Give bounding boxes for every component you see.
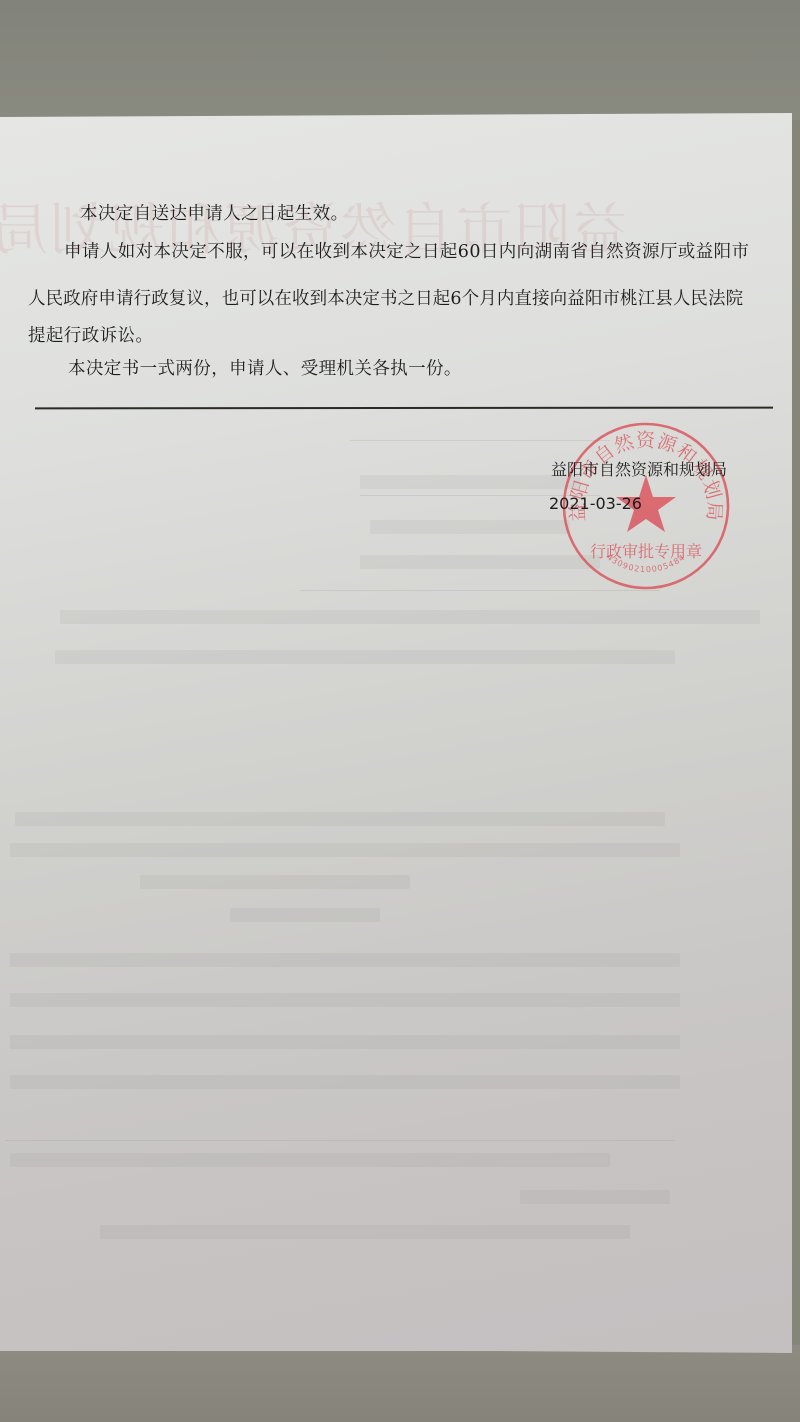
desk-surface-bottom [0,1345,800,1422]
desk-surface-top [0,0,800,120]
paragraph-appeal-line-1: 申请人如对本决定不服，可以在收到本决定之日起60日内向湖南省自然资源厅或益阳市 [64,238,749,263]
paragraph-appeal-line-3: 提起行政诉讼。 [28,322,153,347]
issuer-name: 益阳市自然资源和规划局 [551,457,727,480]
issue-date: 2021-03-26 [549,494,642,513]
paragraph-copies: 本决定书一式两份，申请人、受理机关各执一份。 [68,355,462,380]
paragraph-effective: 本决定自送达申请人之日起生效。 [80,200,349,225]
paragraph-appeal-line-2: 人民政府申请行政复议，也可以在收到本决定书之日起6个月内直接向益阳市桃江县人民法… [28,285,743,310]
